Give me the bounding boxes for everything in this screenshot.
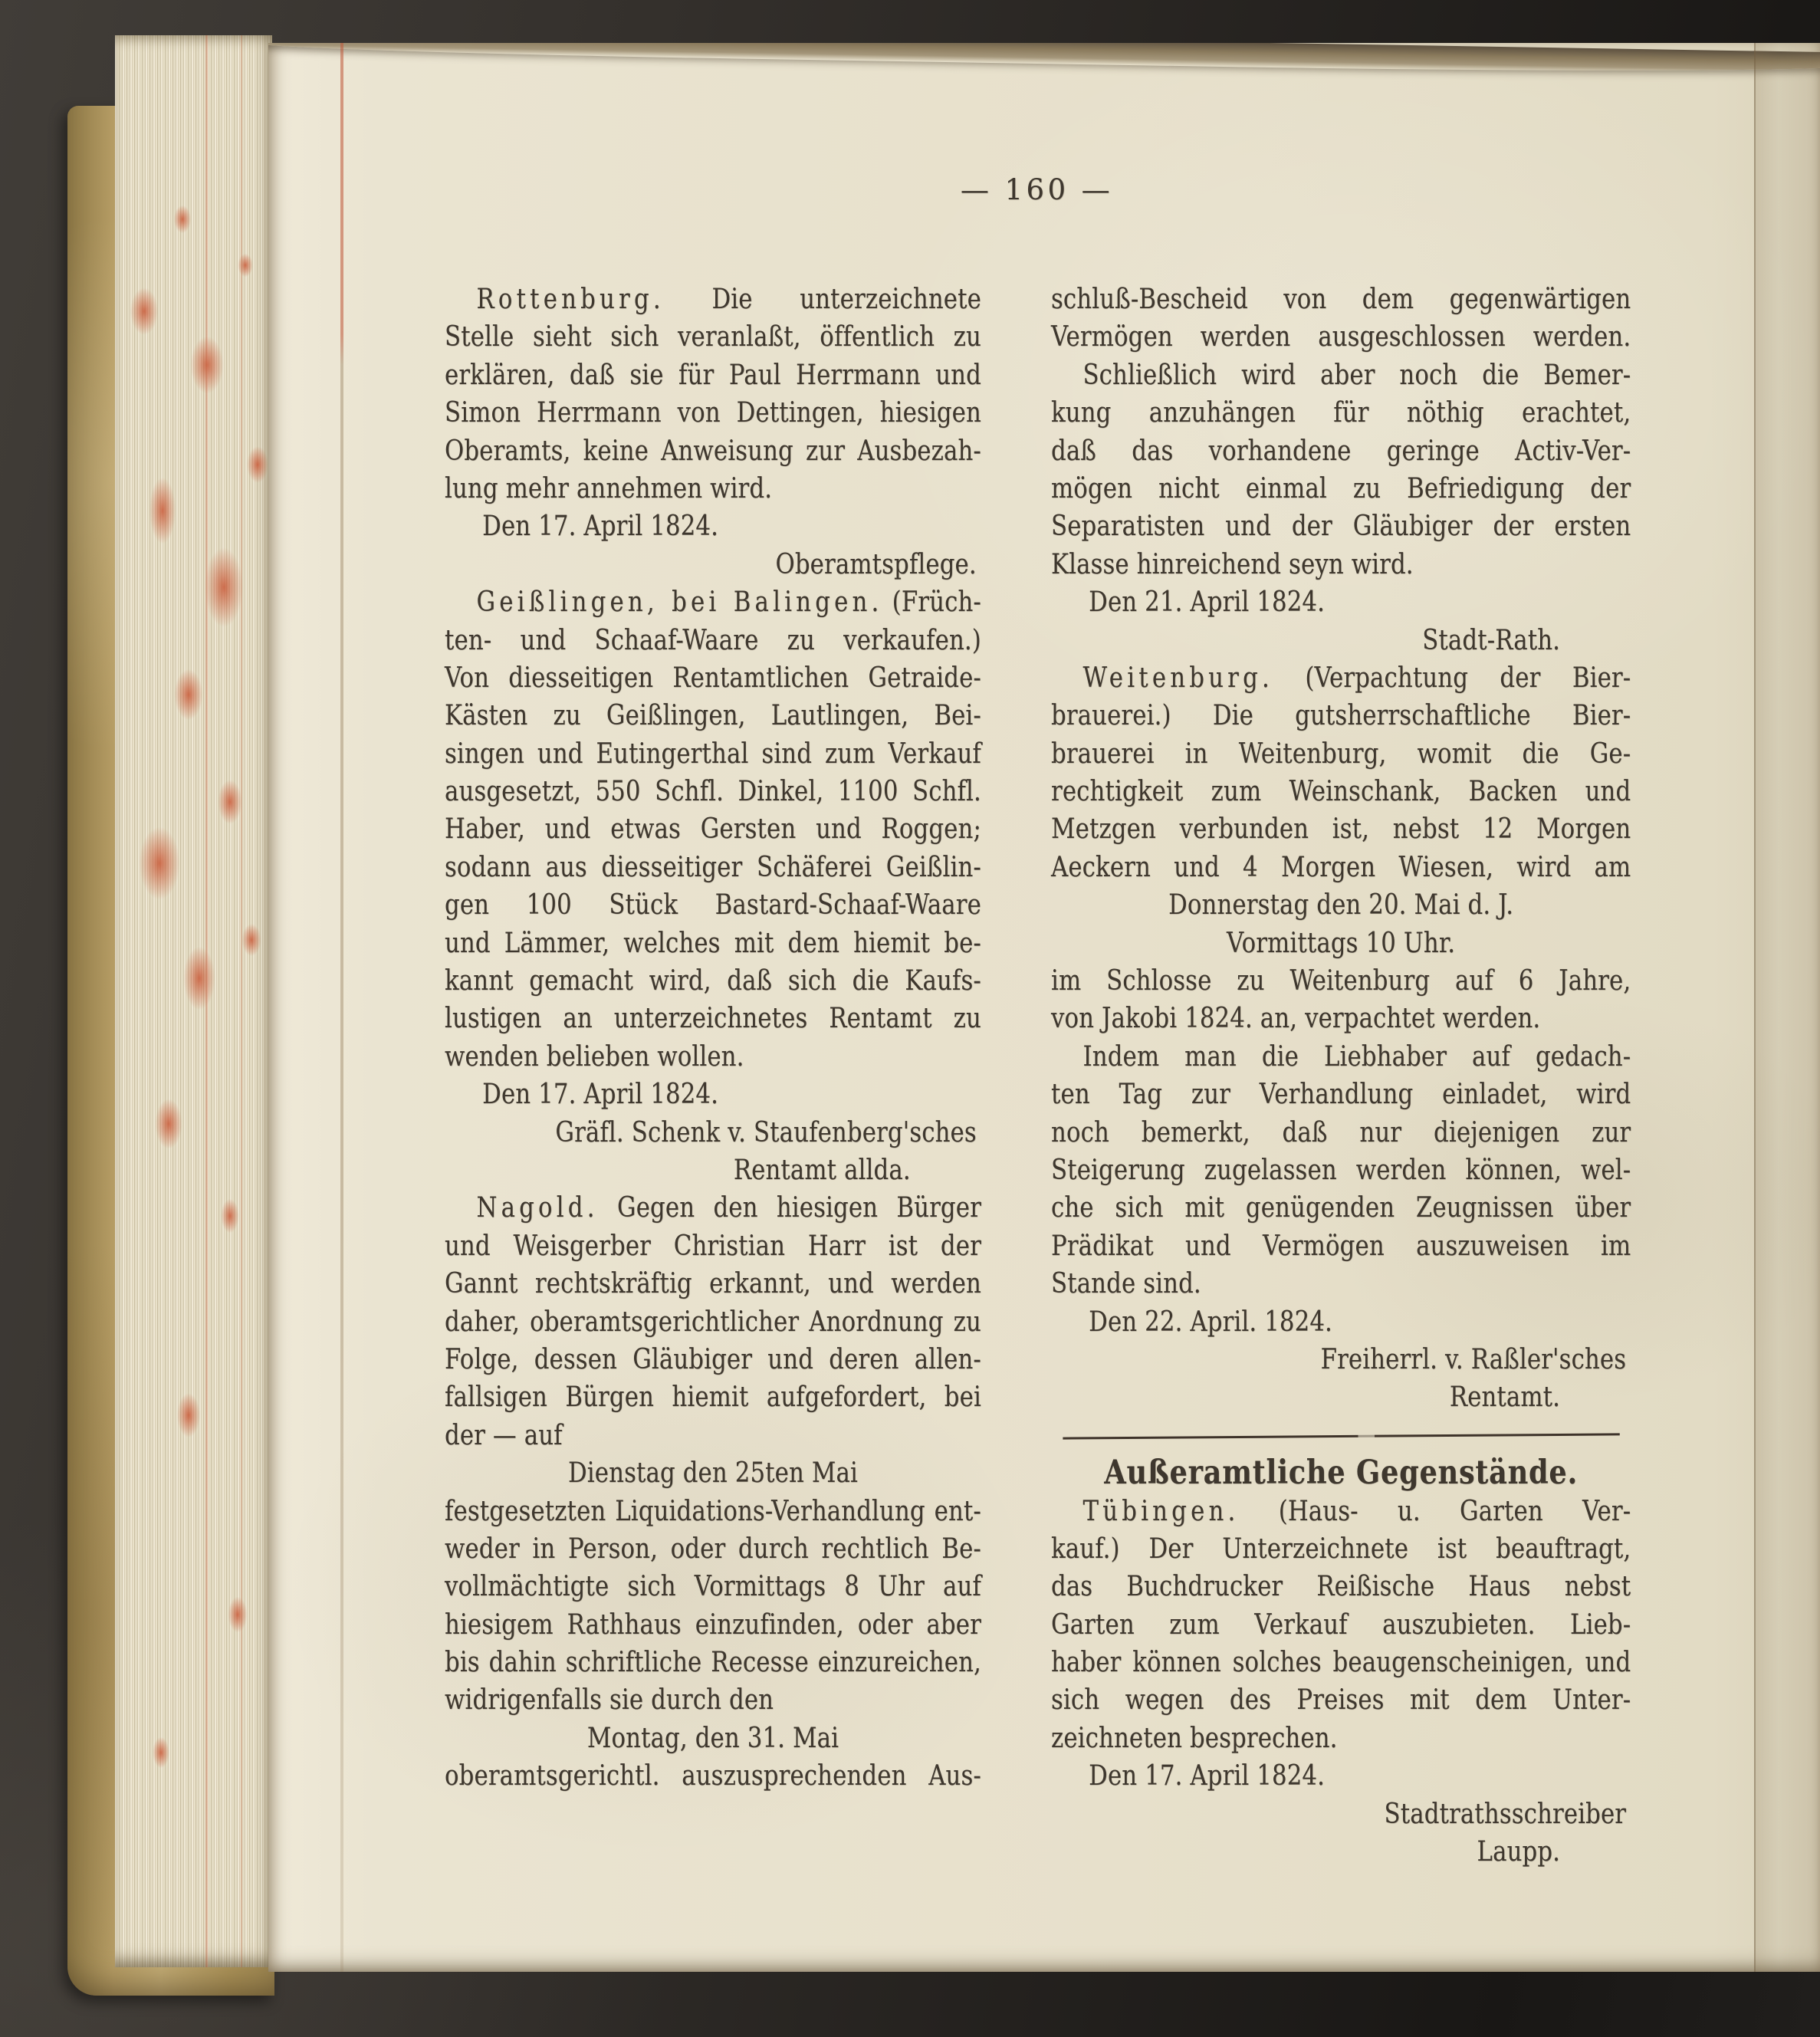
text-line: mögen nicht einmal zu Befriedigung der [1051,470,1631,508]
text-line: Separatisten und der Gläubiger der erste… [1051,508,1631,545]
column-left: Rottenburg. Die unterzeichneteStelle sie… [445,281,981,1796]
text-line: Tübingen. (Haus- u. Garten Ver- [1051,1493,1631,1530]
text-line: Rentamt allda. [445,1152,981,1189]
letterspaced-lead-word: Geißlingen, bei Balingen. [476,586,882,618]
text-line: Dienstag den 25ten Mai [445,1454,981,1492]
text-line: daß das vorhandene geringe Activ-Ver- [1051,432,1631,470]
right-page-fold [1754,43,1820,1972]
text-line: Gannt rechtskräftig erkannt, und werden [445,1265,981,1303]
text-line: vollmächtigte sich Vormittags 8 Uhr auf [445,1568,981,1605]
separator-rule [1051,1417,1631,1454]
text-line: che sich mit genügenden Zeugnissen über [1051,1189,1631,1227]
page-edge-stack [115,35,272,1967]
scanned-book-photo: — 160 — Rottenburg. Die unterzeichneteSt… [0,0,1820,2037]
column-right: schluß-Bescheid von dem gegenwärtigenVer… [1051,281,1631,1871]
text-line: Metzgen verbunden ist, nebst 12 Morgen [1051,810,1631,848]
torn-top-edge [268,43,1820,77]
text-line: Rentamt. [1051,1378,1631,1416]
text-line: rechtigkeit zum Weinschank, Backen und [1051,773,1631,810]
text-line: Folge, dessen Gläubiger und deren allen- [445,1341,981,1378]
text-line: daher, oberamtsgerichtlicher Anordnung z… [445,1303,981,1341]
text-line: der — auf [445,1417,981,1454]
text-line: das Buchdrucker Reißische Haus nebst [1051,1568,1631,1605]
text-line: ausgesetzt, 550 Schfl. Dinkel, 1100 Schf… [445,773,981,810]
text-line: Schließlich wird aber noch die Bemer- [1051,356,1631,394]
text-line: Laupp. [1051,1833,1631,1871]
text-line: Den 21. April 1824. [1051,583,1631,621]
text-line: und Lämmer, welches mit dem hiemit be- [445,925,981,962]
text-line: sodann aus diesseitiger Schäferei Geißli… [445,849,981,886]
text-line: Montag, den 31. Mai [445,1720,981,1757]
text-line: singen und Eutingerthal sind zum Verkauf [445,735,981,773]
text-line: Gräfl. Schenk v. Staufenberg'sches [445,1114,981,1152]
text-line: Aeckern und 4 Morgen Wiesen, wird am [1051,849,1631,886]
text-line: Vormittags 10 Uhr. [1051,925,1631,962]
text-line: ten Tag zur Verhandlung einladet, wird [1051,1076,1631,1113]
text-line: Garten zum Verkauf auszubieten. Lieb- [1051,1606,1631,1644]
letterspaced-lead-word: Rottenburg. [476,284,664,315]
text-line: zeichneten besprechen. [1051,1720,1631,1757]
text-line: Kästen zu Geißlingen, Lautlingen, Bei- [445,697,981,734]
text-line: brauerei in Weitenburg, womit die Ge- [1051,735,1631,773]
text-line: Indem man die Liebhaber auf gedach- [1051,1038,1631,1076]
red-edge-speckles [115,35,272,1967]
letterspaced-lead-word: Weitenburg. [1082,662,1273,694]
text-line: Den 22. April. 1824. [1051,1303,1631,1341]
text-line: Stadtrathsschreiber [1051,1796,1631,1833]
text-line: lustigen an unterzeichnetes Rentamt zu [445,1000,981,1037]
letterspaced-lead-word: Tübingen. [1082,1496,1239,1527]
text-line: Stande sind. [1051,1265,1631,1303]
text-line: hiesigem Rathhaus einzufinden, oder aber [445,1606,981,1644]
text-line: von Jakobi 1824. an, verpachtet werden. [1051,1000,1631,1037]
text-line: Stelle sieht sich veranlaßt, öffentlich … [445,318,981,356]
text-line: brauerei.) Die gutsherrschaftliche Bier- [1051,697,1631,734]
text-line: Nagold. Gegen den hiesigen Bürger [445,1189,981,1227]
text-line: gen 100 Stück Bastard-Schaaf-Waare [445,886,981,924]
page-number: — 160 — [445,173,1629,206]
text-line: Klasse hinreichend seyn wird. [1051,546,1631,583]
text-line: Steigerung zugelassen werden können, wel… [1051,1152,1631,1189]
text-line: Vermögen werden ausgeschlossen werden. [1051,318,1631,356]
text-line: Den 17. April 1824. [445,508,981,545]
text-line: noch bemerkt, daß nur diejenigen zur [1051,1114,1631,1152]
text-line: bis dahin schriftliche Recesse einzureic… [445,1644,981,1681]
text-line: Freiherrl. v. Raßler'sches [1051,1341,1631,1378]
text-line: Donnerstag den 20. Mai d. J. [1051,886,1631,924]
text-line: Rottenburg. Die unterzeichnete [445,281,981,318]
text-line: Haber, und etwas Gersten und Roggen; [445,810,981,848]
text-line: lung mehr annehmen wird. [445,470,981,508]
text-line: fallsigen Bürgen hiemit aufgefordert, be… [445,1378,981,1416]
text-line: Von diesseitigen Rentamtlichen Getraide- [445,659,981,697]
text-line: Stadt-Rath. [1051,622,1631,659]
text-line: kung anzuhängen für nöthig erachtet, [1051,394,1631,432]
text-line: Oberamts, keine Anweisung zur Ausbezah- [445,432,981,470]
text-line: im Schlosse zu Weitenburg auf 6 Jahre, [1051,962,1631,1000]
text-line: Prädikat und Vermögen auszuweisen im [1051,1227,1631,1265]
text-line: Den 17. April 1824. [1051,1757,1631,1795]
text-line: kannt gemacht wird, daß sich die Kaufs- [445,962,981,1000]
text-line: widrigenfalls sie durch den [445,1681,981,1719]
text-line: Weitenburg. (Verpachtung der Bier- [1051,659,1631,697]
text-line: schluß-Bescheid von dem gegenwärtigen [1051,281,1631,318]
text-line: sich wegen des Preises mit dem Unter- [1051,1681,1631,1719]
section-heading: Außeramtliche Gegenstände. [1051,1454,1631,1492]
letterspaced-lead-word: Nagold. [476,1192,598,1224]
text-line: Geißlingen, bei Balingen. (Früch- [445,583,981,621]
text-line: erklären, daß sie für Paul Herrmann und [445,356,981,394]
text-line: und Weisgerber Christian Harr ist der [445,1227,981,1265]
text-line: wenden belieben wollen. [445,1038,981,1076]
text-line: haber können solches beaugenscheinigen, … [1051,1644,1631,1681]
book-page: — 160 — Rottenburg. Die unterzeichneteSt… [268,43,1820,1972]
page-crease [340,43,343,1972]
text-line: Den 17. April 1824. [445,1076,981,1113]
text-line: festgesetzten Liquidations-Verhandlung e… [445,1493,981,1530]
text-line: weder in Person, oder durch rechtlich Be… [445,1530,981,1568]
text-line: ten- und Schaaf-Waare zu verkaufen.) [445,622,981,659]
separator-rule-line [1063,1433,1619,1439]
text-line: Oberamtspflege. [445,546,981,583]
text-line: oberamtsgerichtl. auszusprechenden Aus- [445,1757,981,1795]
text-line: kauf.) Der Unterzeichnete ist beauftragt… [1051,1530,1631,1568]
text-line: Simon Herrmann von Dettingen, hiesigen [445,394,981,432]
